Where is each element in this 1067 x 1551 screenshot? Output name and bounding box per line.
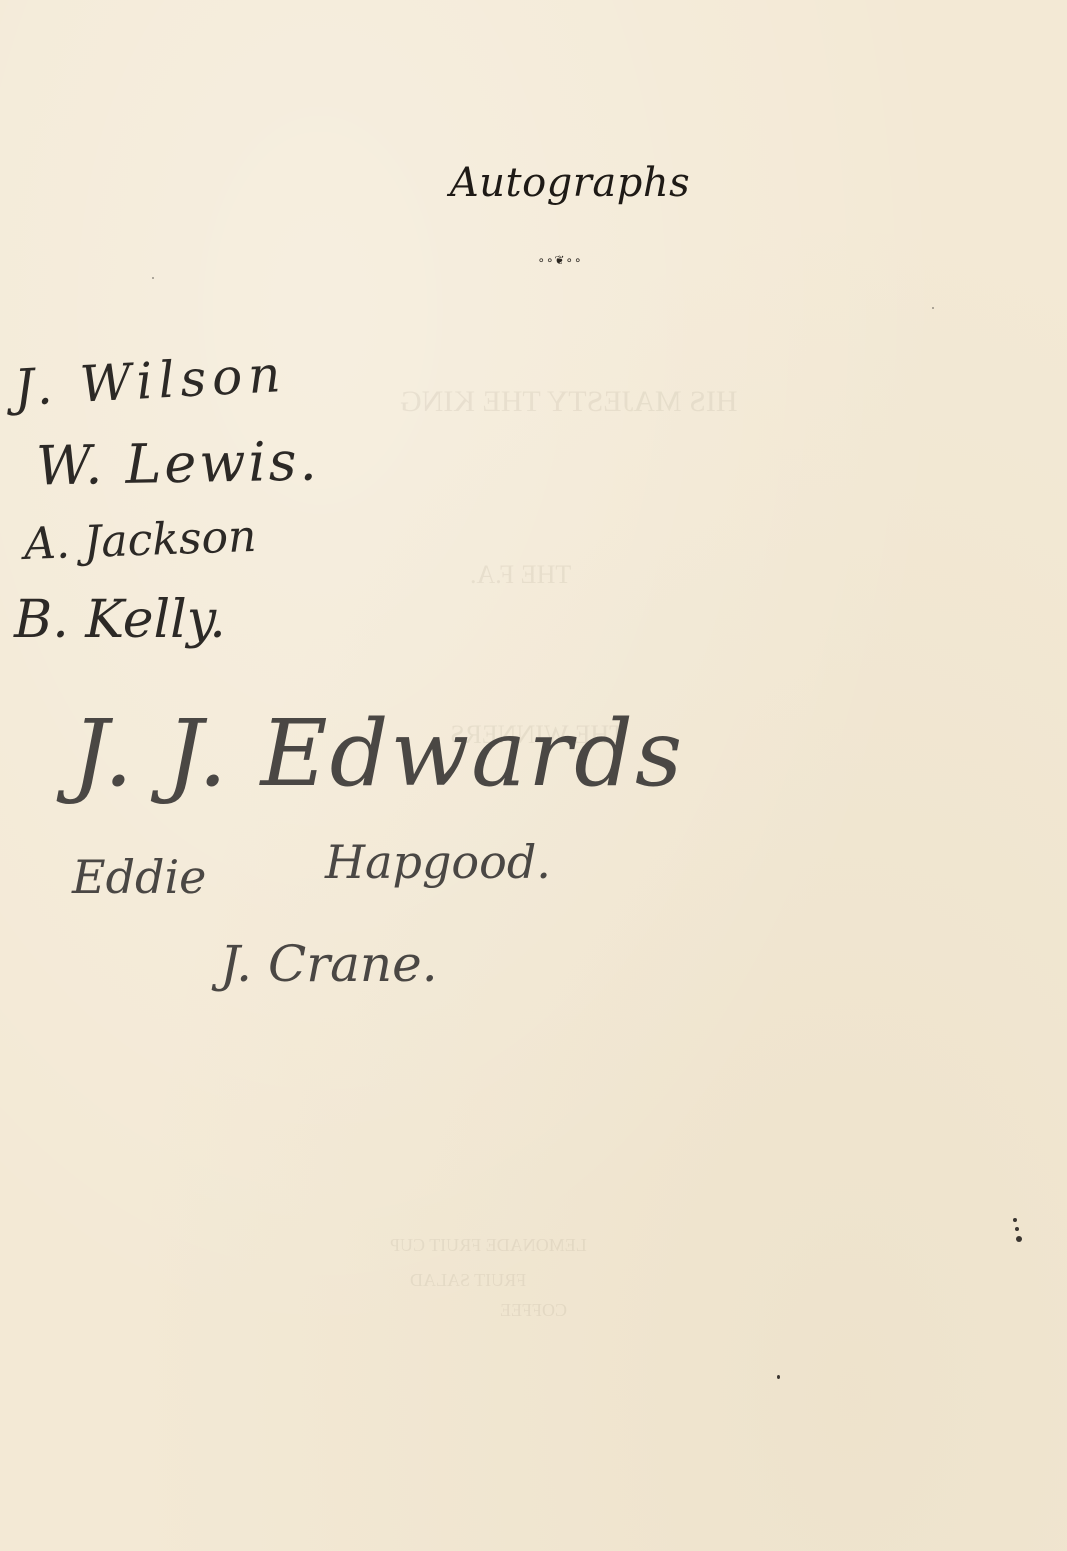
paper-speck xyxy=(777,1375,780,1379)
signature-wilson: J. Wilson xyxy=(13,345,288,417)
show-through-line: THE F.A. xyxy=(470,560,571,590)
signature-kelly: B. Kelly. xyxy=(14,590,226,650)
paper-speck xyxy=(932,307,934,309)
show-through-line: LEMONADE FRUIT CUP xyxy=(390,1235,587,1256)
show-through-line: COFFEE xyxy=(500,1300,567,1321)
signature-crane: J. Crane. xyxy=(220,935,438,993)
signature-lewis: W. Lewis. xyxy=(35,430,320,498)
signature-edwards: J. J. Edwards xyxy=(72,700,684,807)
signature-hapgood: Hapgood. xyxy=(325,835,551,889)
ornament-icon: ∘∘❦∘∘ xyxy=(500,253,620,267)
paper-speck xyxy=(1013,1218,1017,1222)
paper-speck xyxy=(152,277,154,279)
paper-speck xyxy=(1016,1236,1022,1242)
paper-speck xyxy=(1015,1227,1019,1231)
page-title: Autographs xyxy=(430,160,710,206)
autograph-page: HIS MAJESTY THE KING THE F.A. THE WINNER… xyxy=(0,0,1067,1551)
show-through-line: HIS MAJESTY THE KING xyxy=(400,385,738,419)
signature-jackson: A. Jackson xyxy=(23,511,257,570)
signature-eddie: Eddie xyxy=(72,850,206,904)
show-through-line: FRUIT SALAD xyxy=(410,1270,526,1291)
